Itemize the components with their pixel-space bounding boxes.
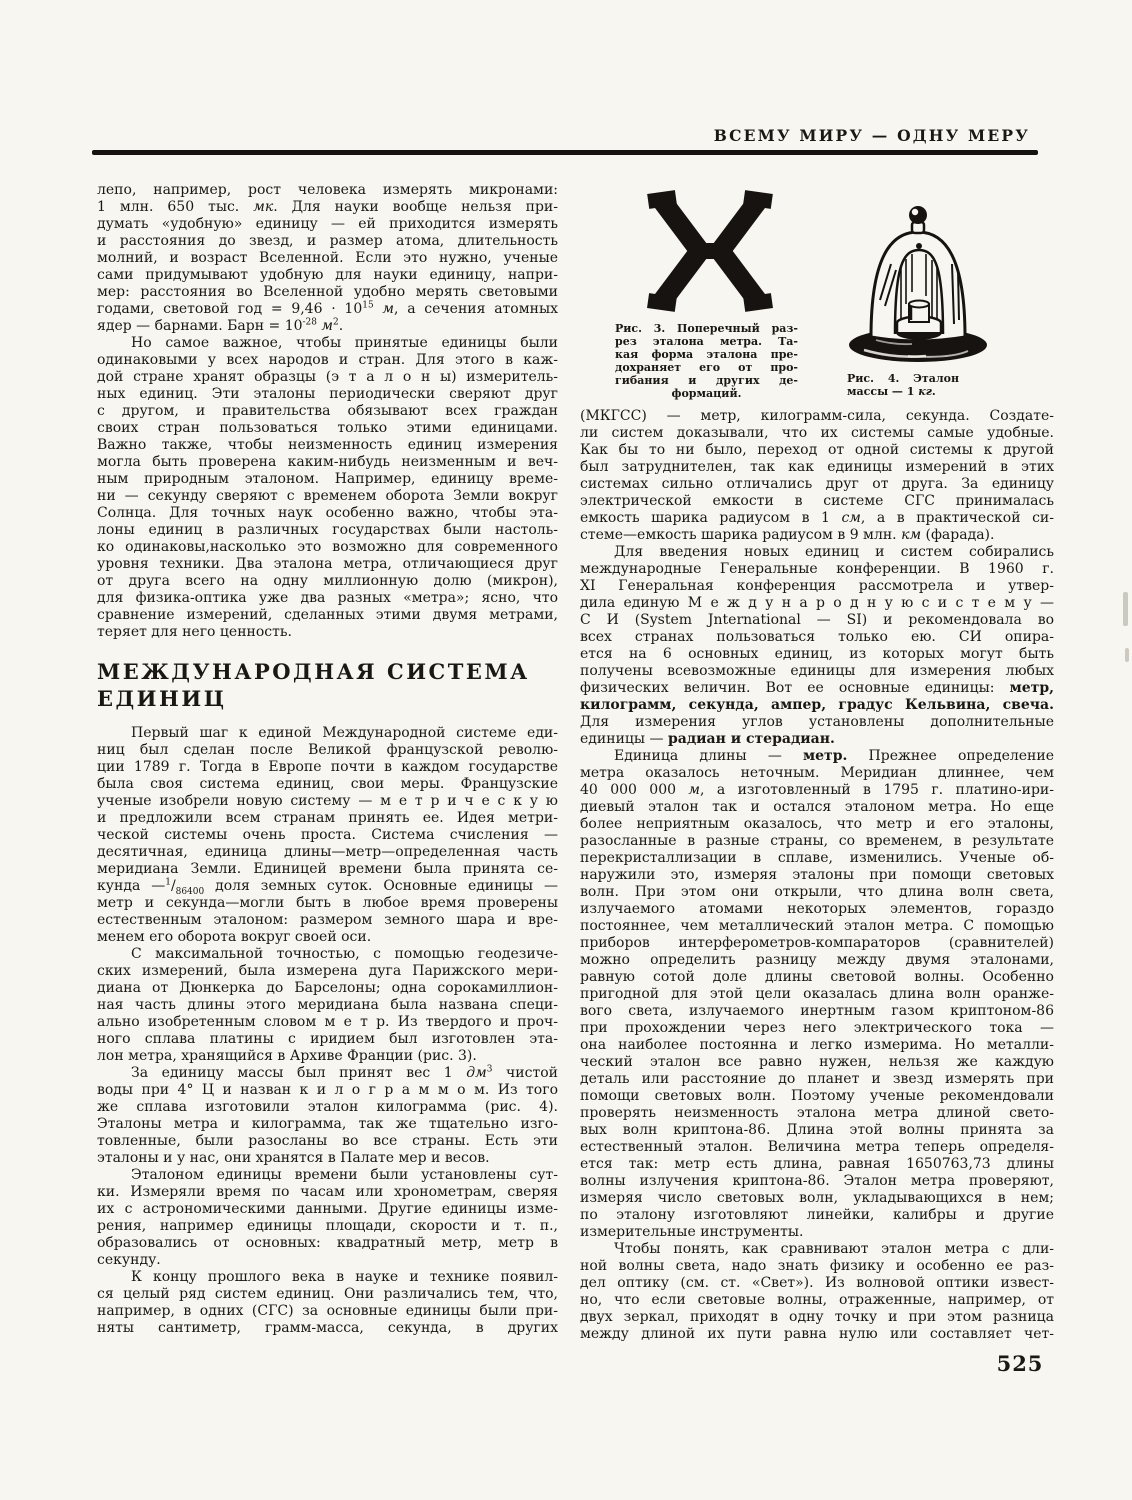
paragraph: Эталоном единицы времени были установлен… [97,1167,558,1269]
text-line: сами придумывают удобную для науки едини… [97,267,558,284]
text-line: для физика-оптика уже два разных «метра»… [97,590,558,607]
text-line: естественный эталон. Величина метра тепе… [580,1139,1054,1156]
paragraph: За единицу массы был принят вес 1 дм3 чи… [97,1065,558,1167]
text-line: десятичная, единица длины—метр—определен… [97,844,558,861]
heading-line: ЕДИНИЦ [97,685,558,712]
left-column: лепо, например, рост человека измерять м… [97,182,558,1337]
text-line: ной волны света, надо знать физику и осо… [580,1258,1054,1275]
text-line: диана от Дюнкерка до Барселоны; одна сор… [97,980,558,997]
section-heading: МЕЖДУНАРОДНАЯ СИСТЕМАЕДИНИЦ [97,658,558,712]
paragraph: С максимальной точностью, с помощью геод… [97,946,558,1065]
text-line: более неприятным оказалось, что метр и е… [580,816,1054,833]
text-line: одинаковыми у всех народов и стран. Для … [97,352,558,369]
text-line: вых волн криптона-86. Длина этой волны п… [580,1122,1054,1139]
text-line: проверять неизменность эталона метра дли… [580,1105,1054,1122]
text-line: пригодной для этой цели оказалась длина … [580,986,1054,1003]
text-line: наружили это, измеряя эталоны при помощи… [580,867,1054,884]
figure-caption-line: Рис. 4. Эталон [847,372,959,385]
text-line: С максимальной точностью, с помощью геод… [97,946,558,963]
text-line: при прохождении через него электрическог… [580,1020,1054,1037]
text-line: всех странах пользоваться только ею. СИ … [580,629,1054,646]
text-line: вого света, излучаемого инертным газом к… [580,1003,1054,1020]
figure-caption-line: формаций. [615,387,798,400]
text-line: Эталоны метра и килограмма, так же тщате… [97,1116,558,1133]
text-line: ции 1789 г. Тогда в Европе почти в каждо… [97,759,558,776]
figure-meter-cross-section [641,186,779,316]
text-line: Для введения новых единиц и систем собир… [580,544,1054,561]
text-line: теряет для него ценность. [97,624,558,641]
text-line: килограмм, секунда, ампер, градус Кельви… [580,697,1054,714]
text-line: ни — секунду сверяют с временем оборота … [97,488,558,505]
figure-caption-line: рез эталона метра. Та- [615,335,798,348]
text-line: ная часть длины этого меридиана была наз… [97,997,558,1014]
text-line: воды при 4° Ц и назван к и л о г р а м м… [97,1082,558,1099]
paragraph: К концу прошлого века в науке и технике … [97,1269,558,1337]
text-line: равную сотой доле длины световой волны. … [580,969,1054,986]
text-line: дой стране хранят образцы (э т а л о н ы… [97,369,558,386]
paragraph: (МКГСС) — метр, килограмм-сила, секунда.… [580,408,1054,544]
book-page: ВСЕМУ МИРУ — ОДНУ МЕРУ лепо, например, р… [0,0,1132,1500]
right-column: (МКГСС) — метр, килограмм-сила, секунда.… [580,408,1054,1343]
text-line: метр и секунда—могли быть в любое время … [97,895,558,912]
text-line: Но самое важное, чтобы принятые единицы … [97,335,558,352]
figure-mass-standard [846,204,991,366]
text-line: думать «удобную» единицу — ей приходится… [97,216,558,233]
text-line: мер: расстояния во Вселенной удобно меря… [97,284,558,301]
text-line: няты сантиметр, грамм-масса, секунда, в … [97,1320,558,1337]
text-line: же сплава изготовили эталон килограмма (… [97,1099,558,1116]
figure-caption-line: массы — 1 кг. [847,385,959,398]
text-line: ли систем доказывали, что их системы сам… [580,425,1054,442]
mass-standard-drawing [846,204,991,366]
running-head: ВСЕМУ МИРУ — ОДНУ МЕРУ [93,127,1030,145]
text-line: Первый шаг к единой Международной систем… [97,725,558,742]
figure-3-caption: Рис. 3. Поперечный раз-рез эталона метра… [615,322,798,400]
text-line: дел оптику (см. ст. «Свет»). Из волновой… [580,1275,1054,1292]
text-line: диевый эталон так и остался эталоном мет… [580,799,1054,816]
text-line: ядер — барнами. Барн = 10-28 м2. [97,318,558,335]
text-line: рения, например единицы площади, скорост… [97,1218,558,1235]
text-line: ется на 6 основных единиц, из которых мо… [580,646,1054,663]
text-line: ниц был сделан после Великой французской… [97,742,558,759]
text-line: Важно также, чтобы неизменность единиц и… [97,437,558,454]
text-line: и расстояния до звезд, и размер атома, д… [97,233,558,250]
text-line: ки. Измеряли время по часам или хрономет… [97,1184,558,1201]
text-line: 1 млн. 650 тыс. мк. Для науки вообще нел… [97,199,558,216]
text-line: был затруднителен, так как единицы измер… [580,459,1054,476]
text-line: их с астрономическими данными. Другие ед… [97,1201,558,1218]
page-number: 525 [993,1351,1047,1376]
paper-speck [1125,648,1129,662]
text-line: приборов интерферометров-компараторов (с… [580,935,1054,952]
text-line: ется так: метр есть длина, равная 165076… [580,1156,1054,1173]
text-line: За единицу массы был принят вес 1 дм3 чи… [97,1065,558,1082]
text-line: (МКГСС) — метр, килограмм-сила, секунда.… [580,408,1054,425]
text-line: могла быть проверена каким-нибудь неизме… [97,454,558,471]
text-line: ных единиц. Эти эталоны периодически све… [97,386,558,403]
text-line: меридиана Земли. Единицей времени была п… [97,861,558,878]
text-line: физических величин. Вот ее основные един… [580,680,1054,697]
text-line: ческий эталон все равно нужен, нельзя же… [580,1054,1054,1071]
text-line: измеряя число световых волн, укладывающи… [580,1190,1054,1207]
figure-caption-line: гибания и других де- [615,374,798,387]
text-line: кунда —1/86400 доля земных суток. Основн… [97,878,558,895]
text-line: сравнение измерений, сделанных этими дву… [97,607,558,624]
text-line: Эталоном единицы времени были установлен… [97,1167,558,1184]
text-line: между длиной их пути равна нулю или сост… [580,1326,1054,1343]
text-line: XI Генеральная конференция рассмотрела и… [580,578,1054,595]
text-line: эталоны и у нас, они хранятся в Палате м… [97,1150,558,1167]
text-line: ко одинаковы,насколько это возможно для … [97,539,558,556]
text-line: К концу прошлого века в науке и технике … [97,1269,558,1286]
text-line: но, что если световые волны, отраженные,… [580,1292,1054,1309]
text-line: перекристаллизации в сплаве, изменились.… [580,850,1054,867]
text-line: ских измерений, была измерена дуга Париж… [97,963,558,980]
paper-speck [1123,592,1128,626]
text-line: измерительные инструменты. [580,1224,1054,1241]
text-line: ально изобретенным словом м е т р. Из тв… [97,1014,558,1031]
text-line: лон метра, хранящийся в Архиве Франции (… [97,1048,558,1065]
figure-4-caption: Рис. 4. Эталонмассы — 1 кг. [847,372,959,398]
text-line: своих стран пользоваться только этими ед… [97,420,558,437]
text-line: электрической емкости в системе СГС прин… [580,493,1054,510]
text-line: товленные, были разосланы во все страны.… [97,1133,558,1150]
text-line: стеме—емкость шарика радиусом в 9 млн. к… [580,527,1054,544]
text-line: ного сплава платины с иридием был изгото… [97,1031,558,1048]
text-line: секунду. [97,1252,558,1269]
text-line: Чтобы понять, как сравнивают эталон метр… [580,1241,1054,1258]
text-line: С И (System Jnternational — SI) и рекоме… [580,612,1054,629]
text-line: международные Генеральные конференции. В… [580,561,1054,578]
text-line: дила единую М е ж д у н а р о д н у ю с … [580,595,1054,612]
text-line: метра оказалось неточным. Меридиан длинн… [580,765,1054,782]
text-line: 40 000 000 м, а изготовленный в 1795 г. … [580,782,1054,799]
text-line: излучаемого атомами некоторых элементов,… [580,901,1054,918]
text-line: лепо, например, рост человека измерять м… [97,182,558,199]
text-line: менем его оборота вокруг своей оси. [97,929,558,946]
text-line: волн. При этом они открыли, что длина во… [580,884,1054,901]
text-line: разосланные в разные страны, со временем… [580,833,1054,850]
text-line: лоны единиц в различных государствах был… [97,522,558,539]
text-line: деталь или расстояние до планет и звезд … [580,1071,1054,1088]
paragraph: Первый шаг к единой Международной систем… [97,725,558,946]
text-line: двух зеркал, приходят в одну точку и при… [580,1309,1054,1326]
text-line: была своя система единиц, свои меры. Фра… [97,776,558,793]
text-line: образовались от основных: квадратный мет… [97,1235,558,1252]
paragraph: Единица длины — метр. Прежнее определени… [580,748,1054,1241]
text-line: волны излучения криптона-86. Эталон метр… [580,1173,1054,1190]
text-line: с другом, и правительства обязывают всех… [97,403,558,420]
figure-caption-line: дохраняет его от про- [615,361,798,374]
figure-caption-line: Рис. 3. Поперечный раз- [615,322,798,335]
text-line: уровня техники. Два эталона метра, отлич… [97,556,558,573]
paragraph: Но самое важное, чтобы принятые единицы … [97,335,558,641]
text-line: Для измерения углов установлены дополнит… [580,714,1054,731]
header-rule [92,150,1038,155]
text-line: получены всевозможные единицы для измере… [580,663,1054,680]
text-line: помощи световых волн. Поэтому ученые рек… [580,1088,1054,1105]
text-line: от друга всего на одну миллионную долю (… [97,573,558,590]
text-line: ным природным эталоном. Например, единиц… [97,471,558,488]
figure-caption-line: кая форма эталона пре- [615,348,798,361]
text-line: ученые изобрели новую систему — м е т р … [97,793,558,810]
text-line: системах сильно отличались друг от друга… [580,476,1054,493]
text-line: ся целый ряд систем единиц. Они различал… [97,1286,558,1303]
heading-line: МЕЖДУНАРОДНАЯ СИСТЕМА [97,658,558,685]
text-line: годами, световой год = 9,46 · 1015 м, а … [97,301,558,318]
text-line: она наиболее постоянна и легко измерима.… [580,1037,1054,1054]
paragraph: Для введения новых единиц и систем собир… [580,544,1054,748]
text-line: и предложили всем странам принять ее. Ид… [97,810,558,827]
meter-cross-section-drawing [641,186,779,316]
text-line: по эталону изготовляют линейки, калибры … [580,1207,1054,1224]
paragraph: лепо, например, рост человека измерять м… [97,182,558,335]
text-line: ческой системы очень проста. Система счи… [97,827,558,844]
text-line: емкость шарика радиусом в 1 см, а в прак… [580,510,1054,527]
text-line: естественным эталоном: размером земного … [97,912,558,929]
text-line: молний, и возраст Вселенной. Если это ну… [97,250,558,267]
text-line: единицы — радиан и стерадиан. [580,731,1054,748]
text-line: Единица длины — метр. Прежнее определени… [580,748,1054,765]
text-line: Солнца. Для точных наук особенно важно, … [97,505,558,522]
paragraph: Чтобы понять, как сравнивают эталон метр… [580,1241,1054,1343]
text-line: можно определить разницу между двумя эта… [580,952,1054,969]
text-line: Как бы то ни было, переход от одной сист… [580,442,1054,459]
text-line: например, в одних (СГС) за основные един… [97,1303,558,1320]
text-line: постояннее, чем металлический эталон мет… [580,918,1054,935]
